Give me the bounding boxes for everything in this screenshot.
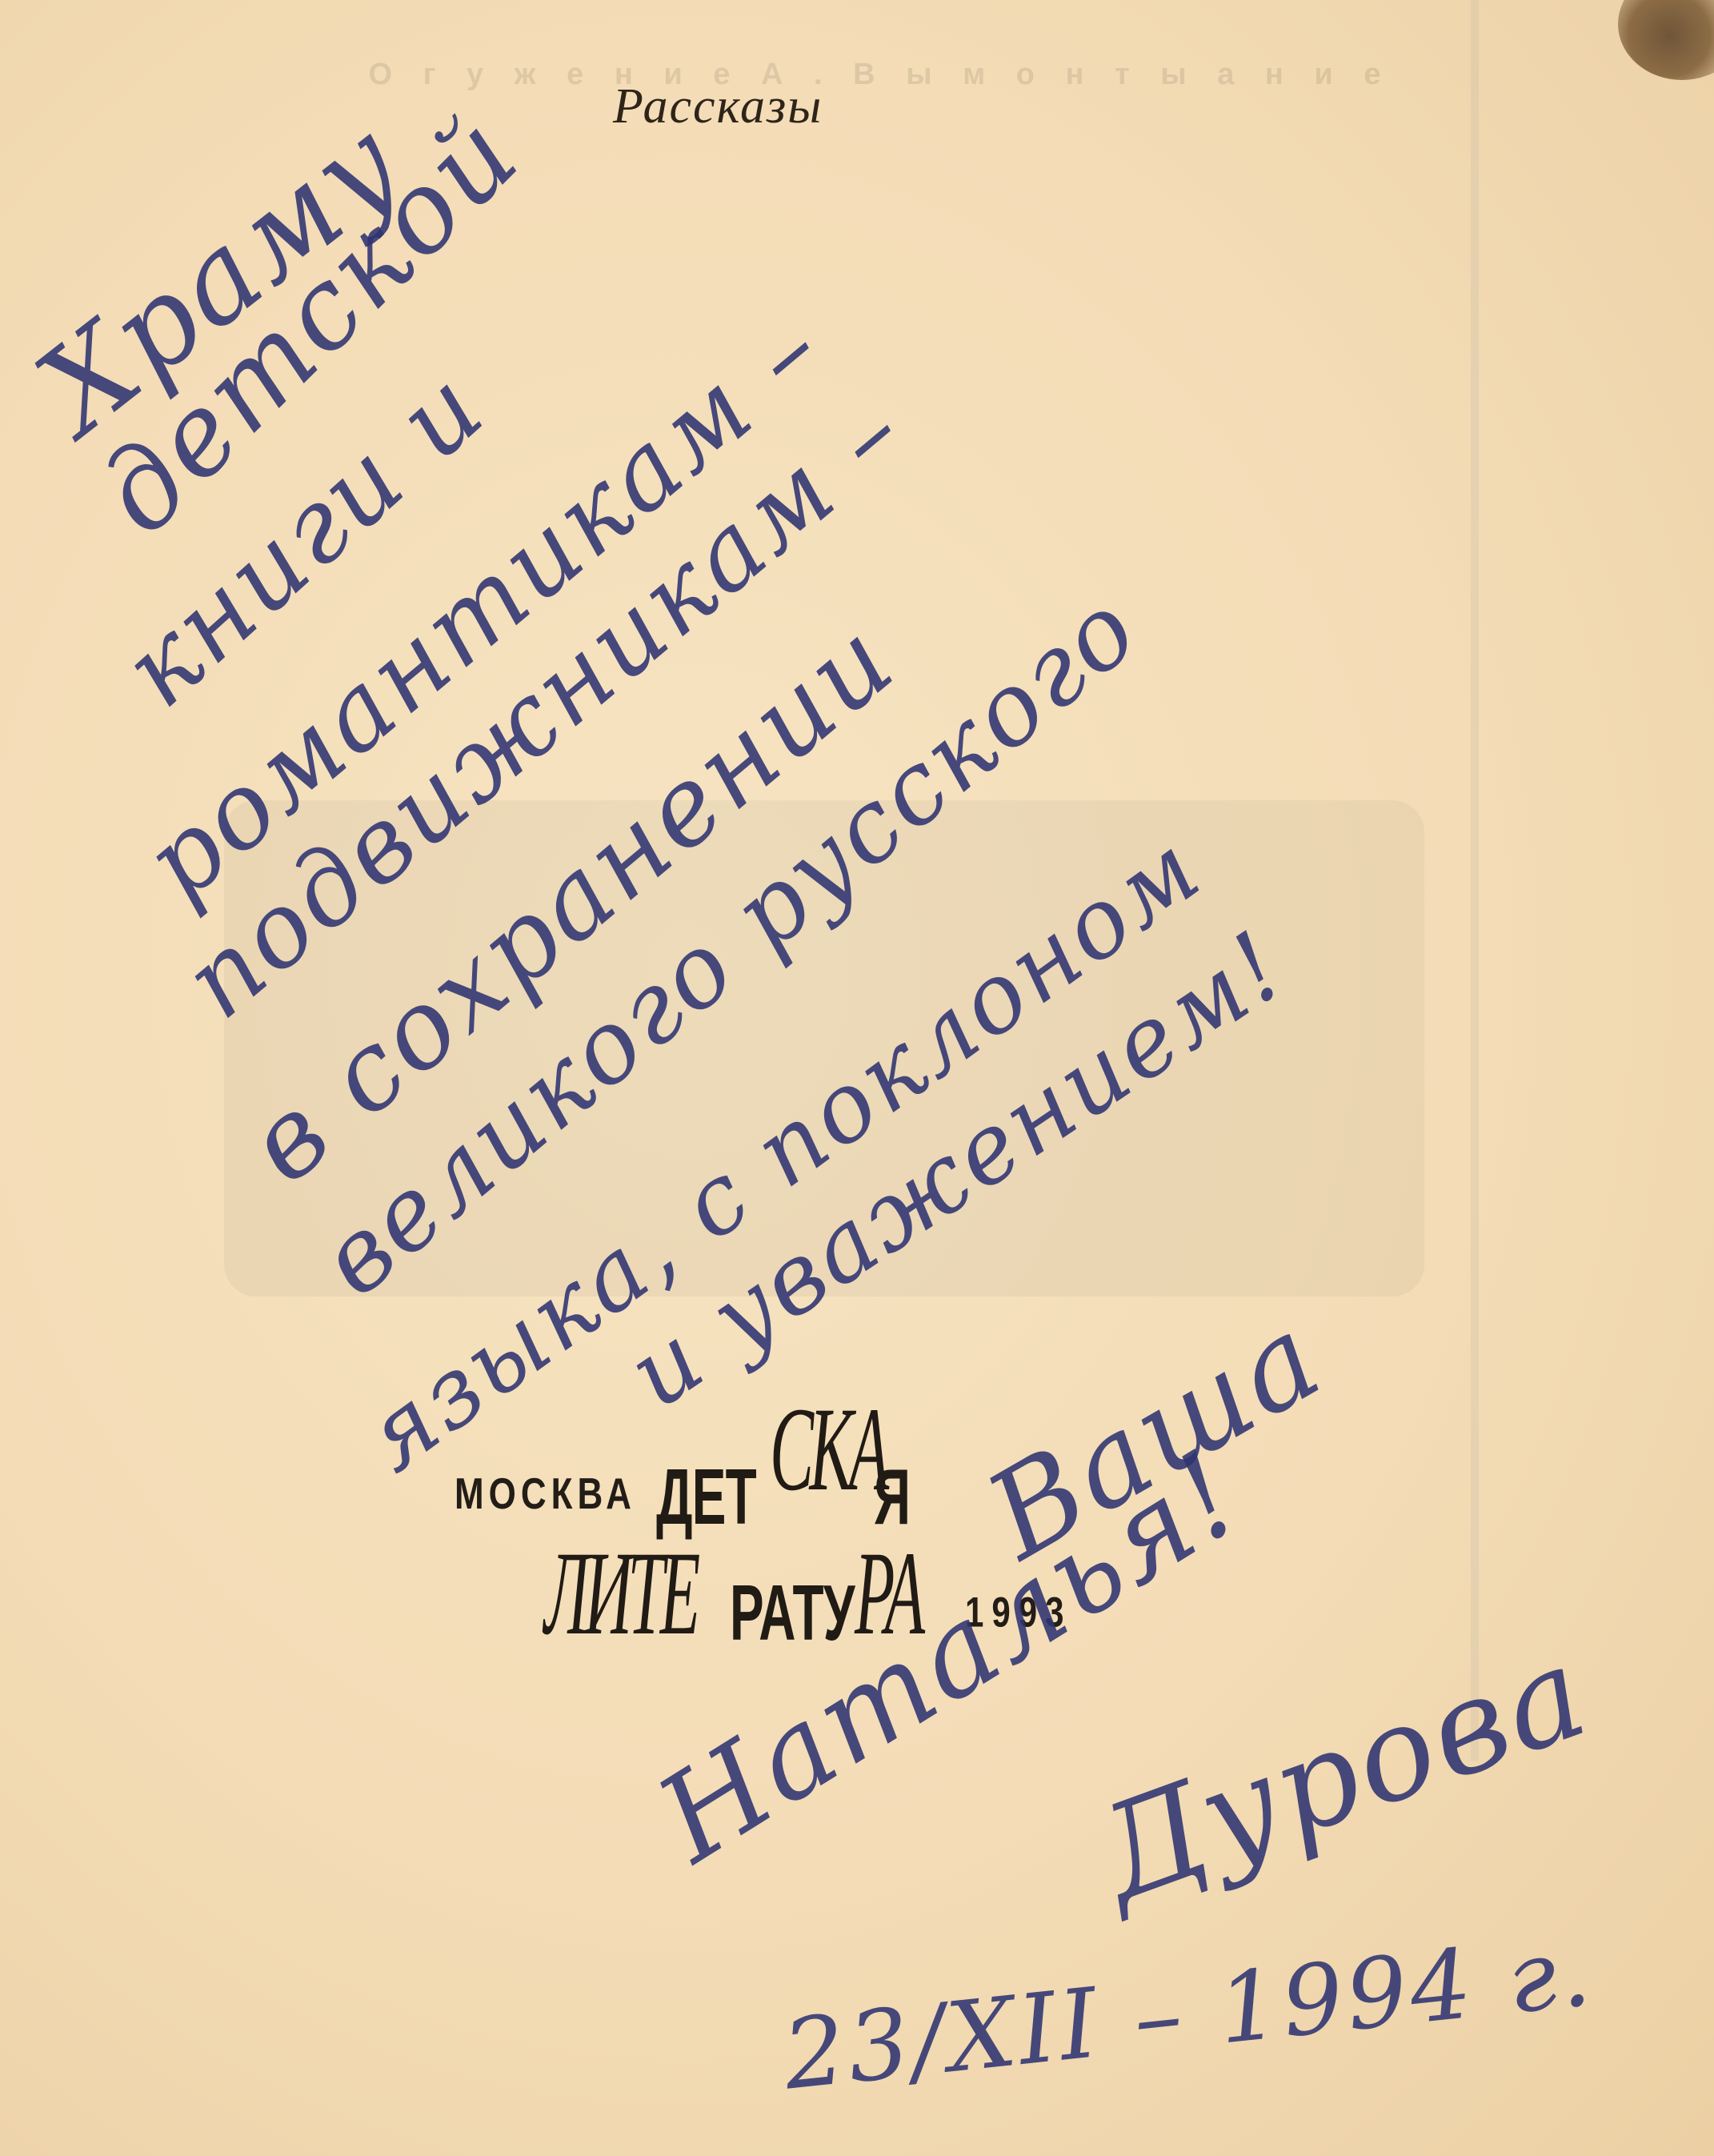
inscription-line-12-signature: Дурова <box>1079 1616 1607 1930</box>
reverse-page-title-show-through: О г у ж е н и е А . В ы м о н т ы а н и … <box>264 58 1496 92</box>
reverse-page-frame-line <box>1471 0 1479 1761</box>
logo-lite-script: ЛИТЕ <box>544 1525 696 1662</box>
book-title-page: О г у ж е н и е А . В ы м о н т ы а н и … <box>0 0 1714 2156</box>
page-corner-shadow <box>1618 0 1714 80</box>
publisher-city: МОСКВА <box>455 1469 636 1520</box>
inscription-date: 23/XII – 1994 г. <box>779 1916 1599 2111</box>
logo-ska-script: СКА <box>770 1381 885 1518</box>
book-subtitle: Рассказы <box>613 78 823 135</box>
